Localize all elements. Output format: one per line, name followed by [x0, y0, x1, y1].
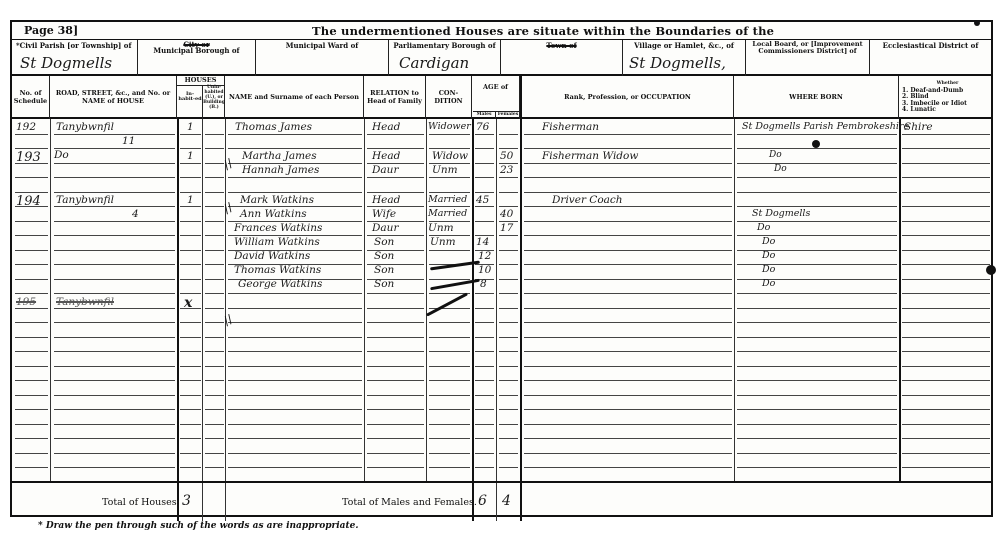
schedule-number: 194 — [16, 194, 41, 209]
condition: Married — [428, 208, 467, 219]
male-age: 45 — [476, 194, 489, 206]
town-label: Town of — [501, 40, 622, 50]
where-born: Do — [769, 150, 782, 160]
road-name: Do — [54, 149, 69, 161]
person-name: David Watkins — [234, 250, 310, 262]
road-name: Tanybwnfil — [56, 121, 114, 133]
female-age: 50 — [500, 150, 513, 162]
pen-strike — [430, 279, 480, 291]
header-inhabited: In-habit-ed — [178, 92, 202, 102]
condition: Married — [428, 194, 467, 205]
header-infirmity-4: 4. Lunatic — [902, 107, 936, 114]
female-age: 23 — [500, 164, 513, 176]
relation: Daur — [372, 222, 398, 234]
parliamentary-borough-value: Cardigan — [399, 54, 469, 72]
page-header: Page 38] The undermentioned Houses are s… — [12, 22, 991, 40]
page-label: Page 38] — [24, 24, 78, 37]
totals-row: Total of Houses. . 3 Total of Males and … — [12, 481, 991, 519]
ink-blot — [812, 140, 820, 148]
relation: Head — [372, 150, 400, 162]
condition: Unm — [432, 164, 458, 176]
local-board-field: Local Board, or [Improvement Commissione… — [746, 40, 870, 76]
municipal-borough-field: City or Municipal Borough of — [138, 40, 256, 76]
where-born: Do — [774, 164, 787, 174]
person-name: Mark Watkins — [240, 194, 314, 206]
parliamentary-borough-field: Parliamentary Borough of Cardigan — [389, 40, 501, 76]
condition: Unm — [430, 236, 456, 248]
relation: Son — [374, 264, 394, 276]
header-road: ROAD, STREET, &c., and No. or NAME of HO… — [50, 76, 177, 119]
total-males-value: 6 — [478, 493, 487, 509]
where-born: Do — [762, 278, 775, 289]
condition: Widow — [432, 150, 468, 162]
where-born: Do — [762, 250, 775, 261]
household-rows: 192 Tanybwnfil 1 Thomas James Head Widow… — [12, 119, 991, 481]
relation: Son — [374, 236, 394, 248]
header-infirmity: Whether 1. Deaf-and-Dumb 2. Blind 3. Imb… — [899, 76, 993, 119]
relation: Son — [374, 250, 394, 262]
occupation: Fisherman Widow — [542, 150, 638, 162]
header-condition: CON-DITION — [426, 76, 472, 119]
total-persons-label: Total of Males and Females. . — [342, 497, 483, 508]
header-name: NAME and Surname of each Person — [225, 76, 364, 119]
road-name: Tanybwnfil — [56, 194, 114, 206]
binding-hole — [974, 20, 980, 26]
road-house-number: 11 — [122, 135, 135, 147]
road-house-number: 4 — [132, 208, 139, 220]
person-name: Hannah James — [242, 164, 319, 176]
relation: Wife — [372, 208, 396, 220]
ditto-mark: // — [221, 200, 235, 216]
condition: Unm — [428, 222, 454, 234]
header-where-born: WHERE BORN — [734, 76, 899, 119]
municipal-ward-field: Municipal Ward of — [256, 40, 389, 76]
female-age: 17 — [500, 222, 513, 234]
condition: Widower — [428, 121, 471, 132]
relation: Daur — [372, 164, 398, 176]
occupation: Fisherman — [542, 121, 599, 133]
header-schedule: No. of Schedule — [12, 76, 50, 119]
inhabited-mark: 1 — [187, 194, 194, 206]
male-age: 12 — [478, 250, 491, 262]
relation: Head — [372, 194, 400, 206]
ecclesiastical-district-label: Ecclesiastical District of — [870, 40, 991, 50]
where-born-continued: Shire — [904, 121, 933, 133]
civil-parish-value: St Dogmells — [20, 54, 112, 72]
boundaries-banner: The undermentioned Houses are situate wi… — [312, 24, 774, 38]
inhabited-mark: 1 — [187, 121, 194, 133]
inhabited-mark-struck: x — [184, 295, 192, 311]
male-age: 8 — [480, 278, 487, 290]
pen-strike — [426, 292, 468, 316]
civil-parish-label: *Civil Parish [or Township] of — [12, 40, 137, 50]
header-males: Males — [473, 111, 496, 119]
village-value: St Dogmells, — [629, 54, 726, 72]
civil-parish-field: *Civil Parish [or Township] of St Dogmel… — [12, 40, 138, 76]
relation: Head — [372, 121, 400, 133]
header-females: Females — [496, 111, 520, 119]
male-age: 10 — [478, 264, 491, 276]
header-occupation: Rank, Profession, or OCCUPATION — [522, 76, 734, 119]
municipal-borough-label: Municipal Borough of — [153, 46, 239, 55]
schedule-number: 192 — [16, 121, 36, 133]
binding-hole — [986, 265, 996, 275]
inhabited-mark: 1 — [187, 150, 194, 162]
male-age: 76 — [476, 121, 489, 133]
ecclesiastical-district-field: Ecclesiastical District of — [870, 40, 991, 76]
person-name: Frances Watkins — [234, 222, 322, 234]
local-board-label: Local Board, or [Improvement Commissione… — [746, 40, 869, 55]
occupation: Driver Coach — [552, 194, 623, 206]
ditto-mark: // — [221, 156, 235, 172]
where-born: Do — [762, 264, 775, 275]
village-field: Village or Hamlet, &c., of St Dogmells, — [623, 40, 746, 76]
person-name: William Watkins — [234, 236, 320, 248]
where-born: Do — [762, 236, 775, 247]
header-age: AGE of — [483, 84, 508, 92]
schedule-number-struck: 195 — [16, 296, 36, 308]
person-name: Thomas Watkins — [234, 264, 321, 276]
ditto-mark: // — [221, 312, 235, 328]
total-houses-value: 3 — [182, 493, 191, 509]
male-age: 14 — [476, 236, 489, 248]
total-houses-label: Total of Houses. . — [102, 497, 186, 508]
footnote: * Draw the pen through such of the words… — [38, 521, 359, 531]
location-band: *Civil Parish [or Township] of St Dogmel… — [12, 40, 991, 76]
pen-strike — [430, 261, 480, 271]
village-label: Village or Hamlet, &c., of — [623, 40, 745, 50]
where-born: Do — [757, 222, 770, 233]
header-relation: RELATION to Head of Family — [364, 76, 426, 119]
town-field: Town of — [501, 40, 623, 76]
road-name-struck: Tanybwnfil — [56, 296, 114, 308]
where-born: St Dogmells Parish Pembrokeshire — [742, 121, 909, 132]
relation: Son — [374, 278, 394, 290]
total-females-value: 4 — [502, 493, 511, 509]
parliamentary-borough-label: Parliamentary Borough of — [389, 40, 500, 50]
column-headers: No. of Schedule ROAD, STREET, &c., and N… — [12, 76, 991, 119]
person-name: George Watkins — [238, 278, 322, 290]
schedule-number: 193 — [16, 150, 41, 165]
municipal-ward-label: Municipal Ward of — [256, 40, 388, 50]
header-uninhabited: Unin-habited (U.), or Building (B.) — [202, 85, 225, 119]
person-name: Martha James — [242, 150, 317, 162]
person-name: Ann Watkins — [240, 208, 307, 220]
female-age: 40 — [500, 208, 513, 220]
page-number: 38] — [58, 24, 79, 37]
census-enumeration-page: Page 38] The undermentioned Houses are s… — [10, 20, 993, 517]
person-name: Thomas James — [235, 121, 312, 133]
where-born: St Dogmells — [752, 208, 810, 219]
